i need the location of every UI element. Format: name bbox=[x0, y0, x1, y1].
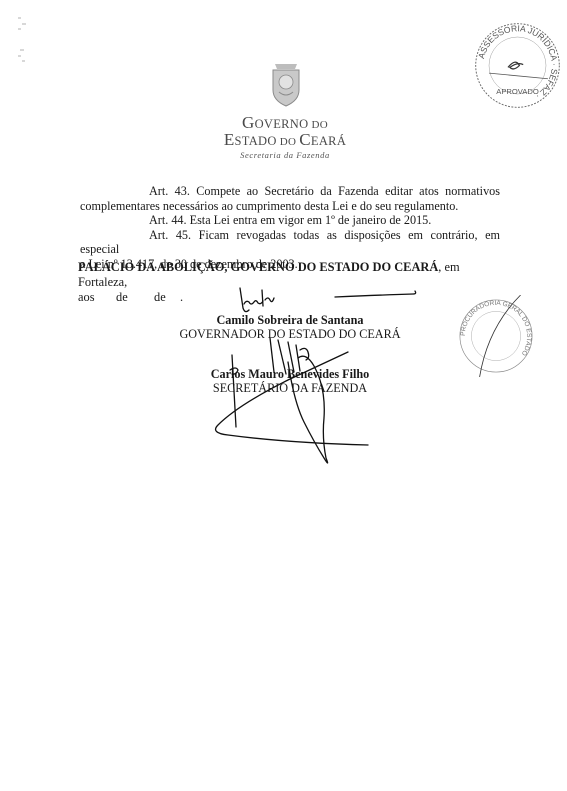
article-43-line1: Art. 43. Compete ao Secretário da Fazend… bbox=[80, 184, 500, 199]
date-line: aosdede. bbox=[78, 290, 502, 305]
signatory-secretary: Carlos Mauro Benevides Filho SECRETÁRIO … bbox=[160, 367, 420, 395]
articles-section: Art. 43. Compete ao Secretário da Fazend… bbox=[80, 184, 500, 271]
signatory-name: Camilo Sobreira de Santana bbox=[160, 313, 420, 327]
pge-stamp: PROCURADORIA GERAL DO ESTADO bbox=[455, 295, 537, 377]
legal-approval-stamp: ASSESSORIA JURÍDICA · SEFAZ · APROVADO bbox=[470, 18, 565, 113]
signatory-title: GOVERNADOR DO ESTADO DO CEARÁ bbox=[160, 327, 420, 341]
signatory-name: Carlos Mauro Benevides Filho bbox=[160, 367, 420, 381]
signatory-governor: Camilo Sobreira de Santana GOVERNADOR DO… bbox=[160, 313, 420, 341]
coat-of-arms-icon bbox=[268, 60, 304, 108]
article-45-line1: Art. 45. Ficam revogadas todas as dispos… bbox=[80, 228, 500, 257]
letterhead-subtitle: Secretaria da Fazenda bbox=[200, 150, 370, 160]
letterhead-estado: ESTADO DO CEARÁ bbox=[200, 131, 370, 151]
closing-clause: PALÁCIO DA ABOLIÇÃO, GOVERNO DO ESTADO D… bbox=[78, 260, 502, 305]
closing-line: PALÁCIO DA ABOLIÇÃO, GOVERNO DO ESTADO D… bbox=[78, 260, 502, 290]
signatory-title: SECRETÁRIO DA FAZENDA bbox=[160, 381, 420, 395]
article-44: Art. 44. Esta Lei entra em vigor em 1º d… bbox=[80, 213, 500, 228]
article-43-line2: complementares necessários ao cumpriment… bbox=[80, 199, 500, 214]
svg-text:APROVADO: APROVADO bbox=[496, 87, 539, 96]
